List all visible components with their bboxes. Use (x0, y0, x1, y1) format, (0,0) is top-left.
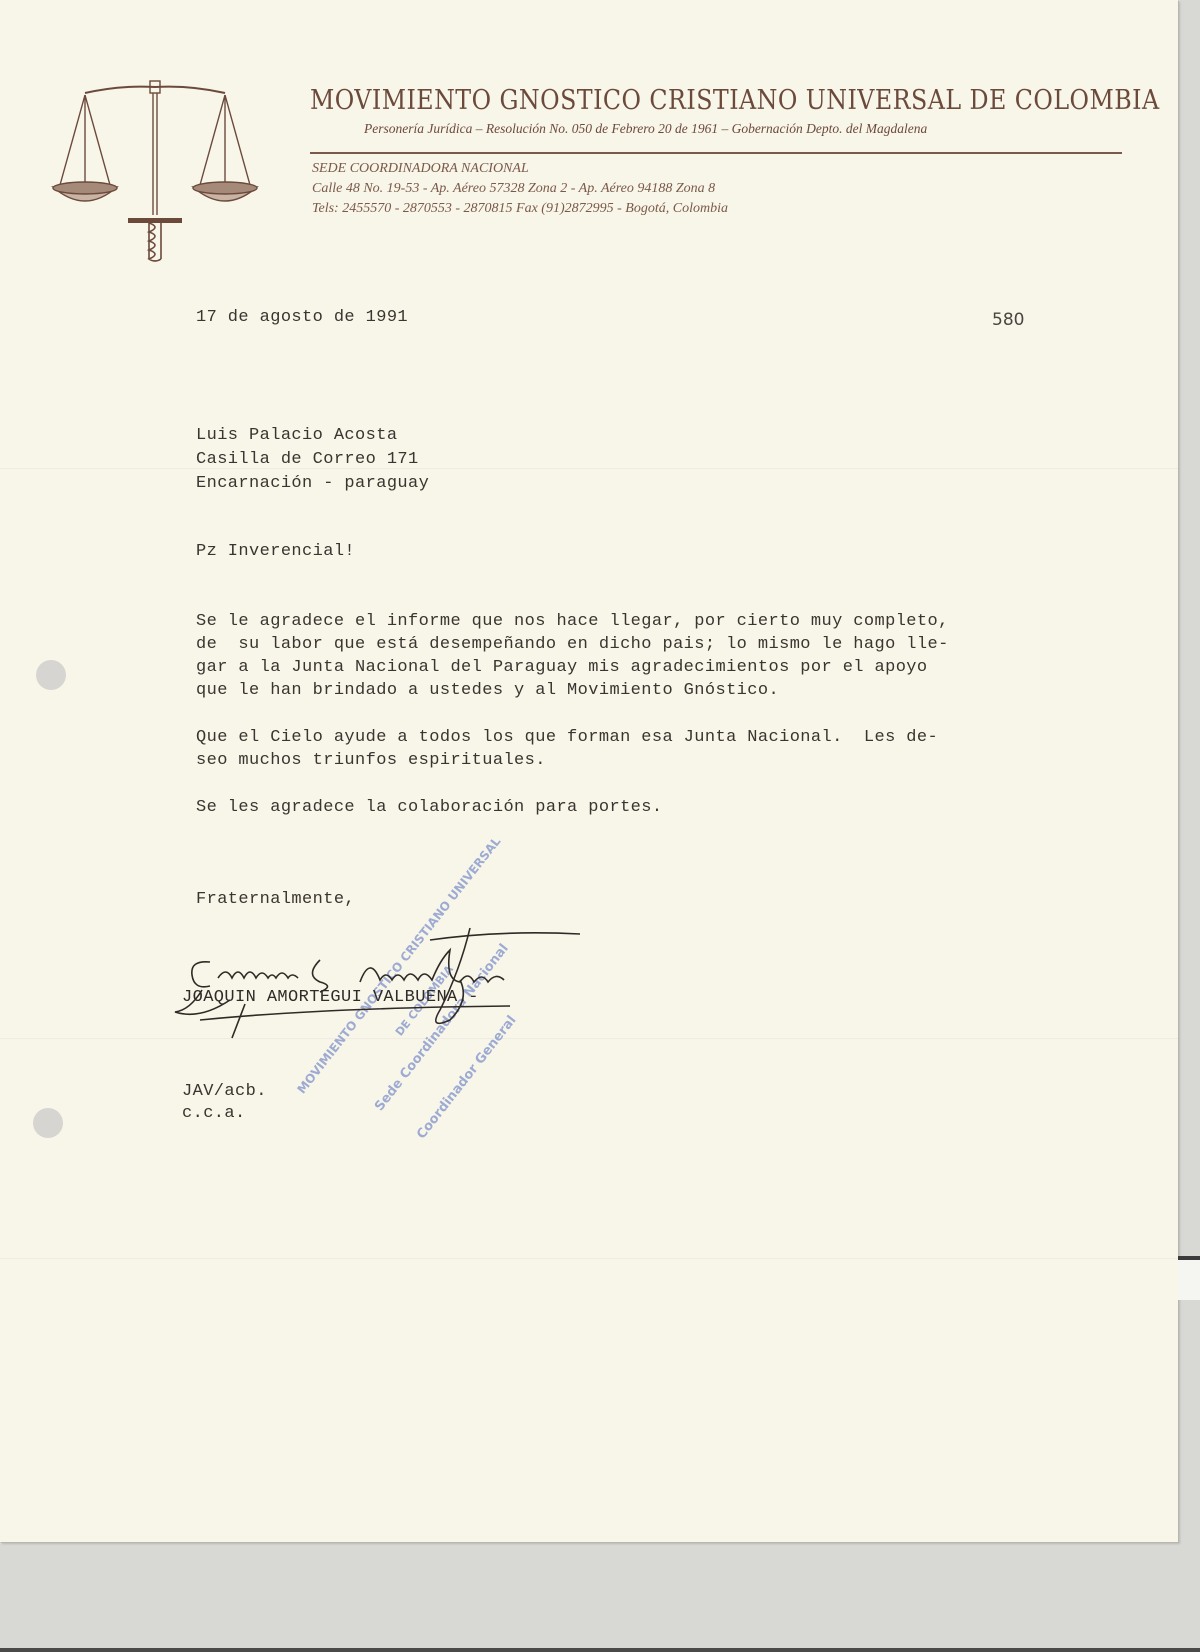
organization-name: MOVIMIENTO GNOSTICO CRISTIANO UNIVERSAL … (310, 85, 1160, 116)
letter-page: MOVIMIENTO GNOSTICO CRISTIANO UNIVERSAL … (0, 0, 1178, 1542)
salutation: Pz Inverencial! (196, 542, 355, 561)
scan-bottom-edge (0, 1648, 1200, 1652)
body-line: Que el Cielo ayude a todos los que forma… (196, 728, 938, 747)
handwritten-signature (170, 920, 590, 1040)
recipient-line: Encarnación - paraguay (196, 474, 429, 493)
body-line: seo muchos triunfos espirituales. (196, 751, 546, 770)
header-divider (310, 152, 1122, 154)
body-line: Se le agradece el informe que nos hace l… (196, 612, 949, 631)
scales-of-justice-sword-icon (50, 75, 260, 265)
letter-date: 17 de agosto de 1991 (196, 308, 408, 327)
body-line: que le han brindado a ustedes y al Movim… (196, 681, 779, 700)
carbon-copy: c.c.a. (182, 1104, 246, 1123)
recipient-line: Luis Palacio Acosta (196, 426, 397, 445)
typist-initials: JAV/acb. (182, 1082, 267, 1101)
office-name: SEDE COORDINADORA NACIONAL (312, 161, 529, 177)
body-line: Se les agradece la colaboración para por… (196, 798, 662, 817)
recipient-line: Casilla de Correo 171 (196, 450, 419, 469)
punch-hole (36, 660, 66, 690)
scan-edge-strip (1178, 1260, 1200, 1300)
office-address: Calle 48 No. 19-53 - Ap. Aéreo 57328 Zon… (312, 181, 715, 197)
office-contact: Tels: 2455570 - 2870553 - 2870815 Fax (9… (312, 201, 728, 217)
body-line: de su labor que está desempeñando en dic… (196, 635, 949, 654)
fold-line (0, 468, 1178, 470)
fold-line (0, 1258, 1178, 1260)
punch-hole (33, 1108, 63, 1138)
body-line: gar a la Junta Nacional del Paraguay mis… (196, 658, 928, 677)
reference-number: 580 (992, 310, 1024, 330)
legal-status: Personería Jurídica – Resolución No. 050… (364, 121, 927, 137)
